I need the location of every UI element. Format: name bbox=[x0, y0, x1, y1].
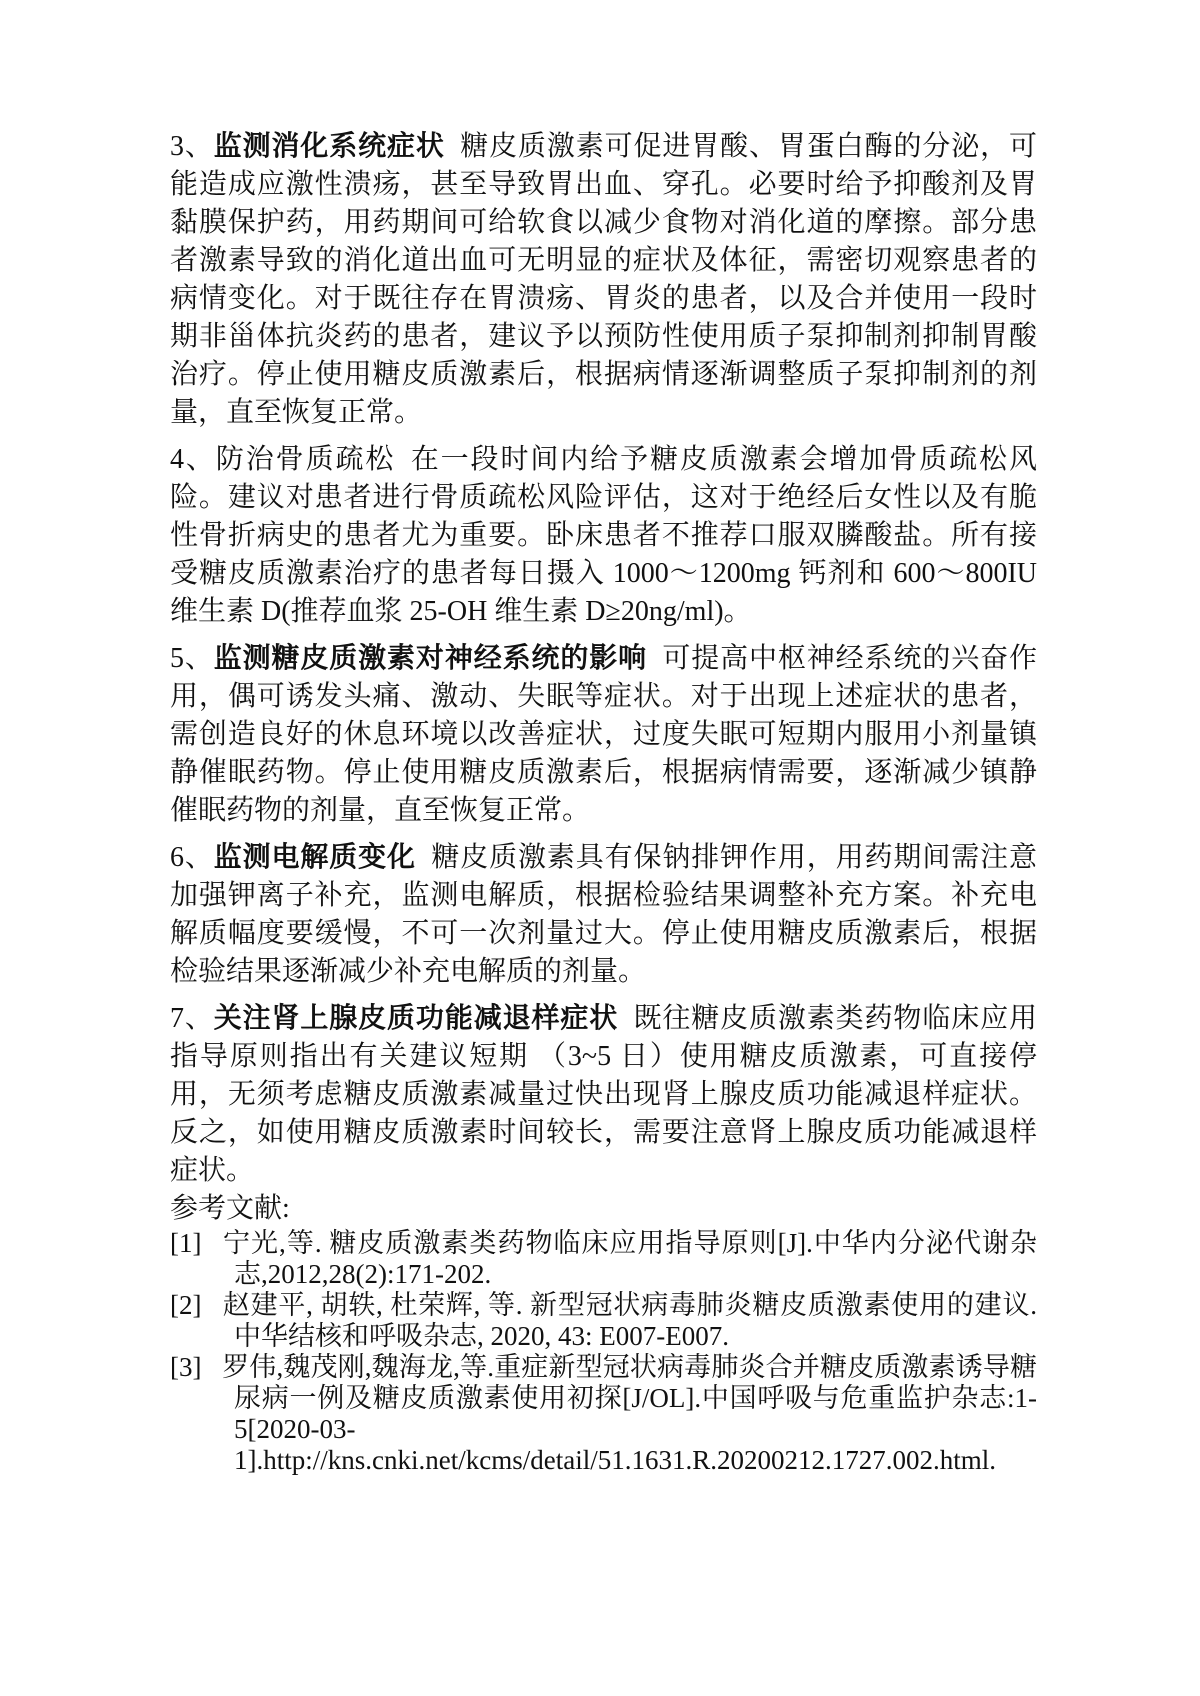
reference-text: 宁光,等. 糖皮质激素类药物临床应用指导原则[J].中华内分泌代谢杂志,2012… bbox=[222, 1228, 1037, 1289]
section-number: 6、 bbox=[170, 842, 214, 873]
section-title: 监测消化系统症状 bbox=[214, 131, 445, 162]
reference-text: 赵建平, 胡轶, 杜荣辉, 等. 新型冠状病毒肺炎糖皮质激素使用的建议. 中华结… bbox=[222, 1290, 1037, 1351]
reference-item-3: [3]罗伟,魏茂刚,魏海龙,等.重症新型冠状病毒肺炎合并糖皮质激素诱导糖尿病一例… bbox=[170, 1352, 1037, 1476]
section-paragraph-4: 4、防治骨质疏松在一段时间内给予糖皮质激素会增加骨质疏松风险。建议对患者进行骨质… bbox=[170, 441, 1037, 631]
document-page: 3、监测消化系统症状糖皮质激素可促进胃酸、胃蛋白酶的分泌，可能造成应激性溃疡，甚… bbox=[0, 0, 1200, 1696]
reference-marker: [1] bbox=[170, 1228, 222, 1259]
section-number: 3、 bbox=[170, 131, 214, 162]
reference-marker: [2] bbox=[170, 1290, 222, 1321]
section-body: 糖皮质激素可促进胃酸、胃蛋白酶的分泌，可能造成应激性溃疡，甚至导致胃出血、穿孔。… bbox=[170, 131, 1037, 428]
reference-marker: [3] bbox=[170, 1352, 222, 1383]
reference-text: 罗伟,魏茂刚,魏海龙,等.重症新型冠状病毒肺炎合并糖皮质激素诱导糖尿病一例及糖皮… bbox=[222, 1352, 1037, 1475]
section-title: 监测糖皮质激素对神经系统的影响 bbox=[214, 643, 647, 674]
section-number: 7、 bbox=[170, 1003, 214, 1034]
reference-item-2: [2]赵建平, 胡轶, 杜荣辉, 等. 新型冠状病毒肺炎糖皮质激素使用的建议. … bbox=[170, 1290, 1037, 1352]
section-paragraph-7: 7、关注肾上腺皮质功能减退样症状既往糖皮质激素类药物临床应用指导原则指出有关建议… bbox=[170, 1000, 1037, 1190]
section-paragraph-5: 5、监测糖皮质激素对神经系统的影响可提高中枢神经系统的兴奋作用，偶可诱发头痛、激… bbox=[170, 640, 1037, 830]
document-content: 3、监测消化系统症状糖皮质激素可促进胃酸、胃蛋白酶的分泌，可能造成应激性溃疡，甚… bbox=[170, 128, 1037, 1476]
references-heading: 参考文献: bbox=[170, 1190, 1037, 1228]
section-title: 监测电解质变化 bbox=[214, 842, 416, 873]
section-paragraph-6: 6、监测电解质变化糖皮质激素具有保钠排钾作用，用药期间需注意加强钾离子补充，监测… bbox=[170, 839, 1037, 991]
section-number: 5、 bbox=[170, 643, 214, 674]
section-number: 4、 bbox=[170, 444, 216, 475]
section-paragraph-3: 3、监测消化系统症状糖皮质激素可促进胃酸、胃蛋白酶的分泌，可能造成应激性溃疡，甚… bbox=[170, 128, 1037, 432]
section-title: 关注肾上腺皮质功能减退样症状 bbox=[214, 1003, 618, 1034]
section-title: 防治骨质疏松 bbox=[216, 444, 395, 475]
reference-item-1: [1]宁光,等. 糖皮质激素类药物临床应用指导原则[J].中华内分泌代谢杂志,2… bbox=[170, 1228, 1037, 1290]
